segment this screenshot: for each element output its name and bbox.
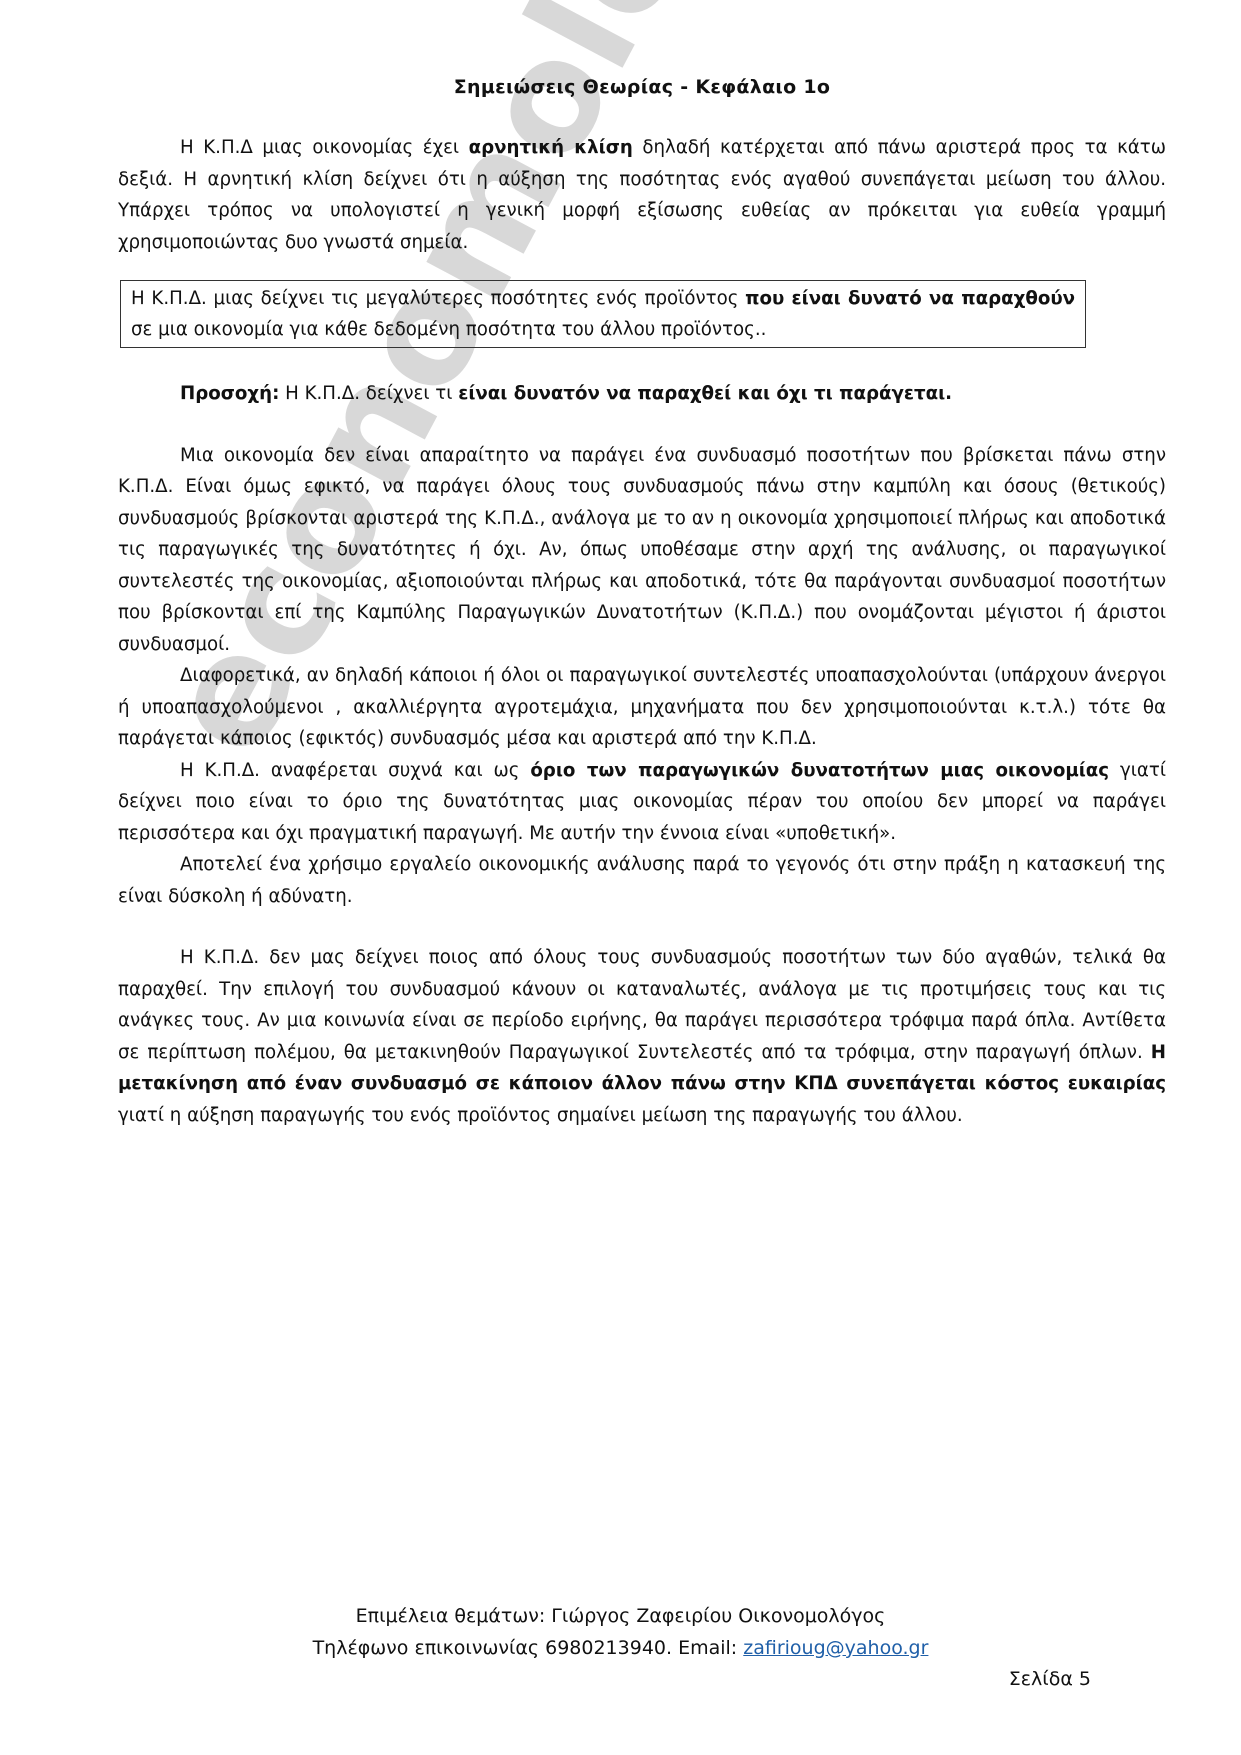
body-text: Η Κ.Π.Δ. μιας δείχνει τις μεγαλύτερες πο… <box>131 288 745 309</box>
emphasized-text: Προσοχή: <box>180 383 279 404</box>
body-text: Η Κ.Π.Δ μιας οικονομίας έχει <box>180 137 469 158</box>
body-text: Διαφορετικά, αν δηλαδή κάποιοι ή όλοι οι… <box>118 665 1166 749</box>
paragraph-combinations: Μια οικονομία δεν είναι απαραίτητο να πα… <box>118 440 1166 661</box>
paragraph-negative-slope: Η Κ.Π.Δ μιας οικονομίας έχει αρνητική κλ… <box>118 132 1166 258</box>
email-link[interactable]: zafirioug@yahoo.gr <box>743 1637 928 1659</box>
emphasized-text: που είναι δυνατό να παραχθούν <box>745 288 1075 309</box>
paragraph-analysis-tool: Αποτελεί ένα χρήσιμο εργαλείο οικονομική… <box>118 849 1166 912</box>
footer-phone: Τηλέφωνο επικοινωνίας 6980213940. Email: <box>313 1637 744 1659</box>
body-text: γιατί η αύξηση παραγωγής του ενός προϊόν… <box>118 1105 963 1126</box>
emphasized-text: αρνητική κλίση <box>469 137 633 158</box>
page-title: Σημειώσεις Θεωρίας - Κεφάλαιο 1ο <box>118 76 1166 98</box>
footer-author: Επιμέλεια θεμάτων: Γιώργος Ζαφειρίου Οικ… <box>0 1600 1241 1632</box>
body-text: Η Κ.Π.Δ. δεν μας δείχνει ποιος από όλους… <box>118 947 1166 1063</box>
document-page: economologistis.gr Σημειώσεις Θεωρίας - … <box>0 0 1241 1755</box>
paragraph-production-limit: Η Κ.Π.Δ. αναφέρεται συχνά και ως όριο τω… <box>118 755 1166 850</box>
page-footer: Επιμέλεια θεμάτων: Γιώργος Ζαφειρίου Οικ… <box>0 1600 1241 1664</box>
attention-note: Προσοχή: Η Κ.Π.Δ. δείχνει τι είναι δυνατ… <box>118 378 1166 410</box>
body-text: σε μια οικονομία για κάθε δεδομένη ποσότ… <box>131 319 766 340</box>
body-text: Αποτελεί ένα χρήσιμο εργαλείο οικονομική… <box>118 854 1166 907</box>
definition-box: Η Κ.Π.Δ. μιας δείχνει τις μεγαλύτερες πο… <box>120 280 1086 348</box>
body-text: Η Κ.Π.Δ. αναφέρεται συχνά και ως <box>180 760 530 781</box>
definition-text: Η Κ.Π.Δ. μιας δείχνει τις μεγαλύτερες πο… <box>131 283 1075 345</box>
body-text: Η Κ.Π.Δ. δείχνει τι <box>279 383 458 404</box>
emphasized-text: είναι δυνατόν να παραχθεί και όχι τι παρ… <box>458 383 952 404</box>
body-text: Μια οικονομία δεν είναι απαραίτητο να πα… <box>118 445 1166 655</box>
emphasized-text: όριο των παραγωγικών δυνατοτήτων μιας οι… <box>530 760 1109 781</box>
paragraph-underemployment: Διαφορετικά, αν δηλαδή κάποιοι ή όλοι οι… <box>118 660 1166 755</box>
paragraph-opportunity-cost: Η Κ.Π.Δ. δεν μας δείχνει ποιος από όλους… <box>118 942 1166 1131</box>
footer-contact: Τηλέφωνο επικοινωνίας 6980213940. Email:… <box>0 1632 1241 1664</box>
page-number: Σελίδα 5 <box>1009 1668 1091 1690</box>
page-content: Σημειώσεις Θεωρίας - Κεφάλαιο 1ο Η Κ.Π.Δ… <box>118 70 1166 1131</box>
